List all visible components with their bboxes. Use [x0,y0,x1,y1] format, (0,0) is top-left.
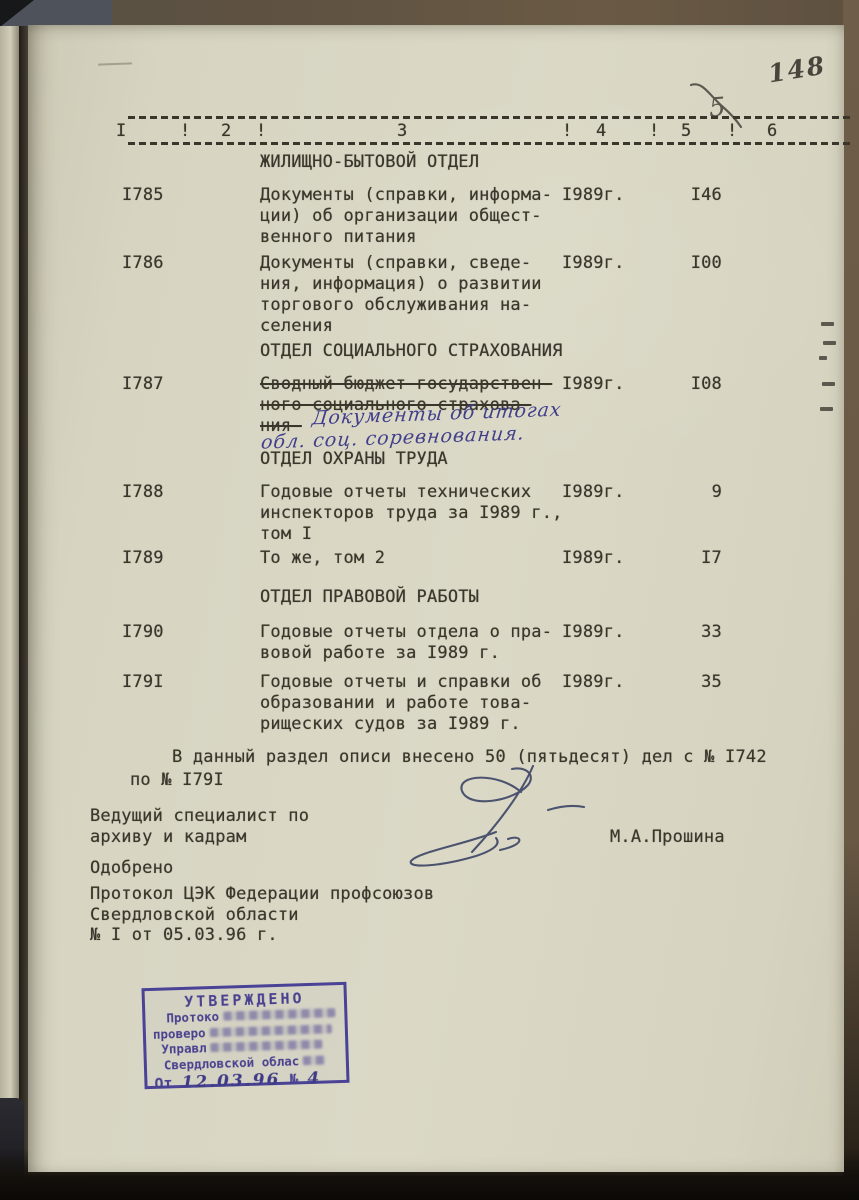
ruler-cell: ! [649,121,659,142]
entry-year: I989г. [562,185,625,206]
entry-sheet-count: I00 [618,253,722,274]
approval-reference: № I от 05.03.96 г. [90,925,278,946]
entry-year: I989г. [562,253,625,274]
scanned-archive-page: 148 5 I ! 2 ! 3 ! 4 ! 5 ! 6 ЖИЛИЩНО-БЫТО… [0,0,859,1200]
entry-year: I989г. [562,672,625,693]
book-cover-corner [0,0,34,27]
approval-stamp: УТВЕРЖДЕНО Протоко проверо Управл Свердл… [141,982,349,1089]
entry-year: I989г. [562,622,625,643]
entry-year: I989г. [562,374,625,395]
entry-number: I787 [122,374,164,395]
scanner-background-right [843,0,859,1200]
entry-number: I790 [122,622,164,643]
bleed-through-mark [819,356,827,360]
bleed-through-mark [821,322,834,326]
ruler-cell: ! [727,121,737,142]
bleed-through-mark [823,341,836,345]
entry-description: Годовые отчеты технических инспекторов т… [260,482,580,545]
ruler-cell: ! [562,121,572,142]
ruler-cell: 5 [681,121,691,142]
section-heading: ЖИЛИЩНО-БЫТОВОЙ ОТДЕЛ [260,152,479,173]
ruler-cell: ! [180,121,190,142]
section-heading: ОТДЕЛ ОХРАНЫ ТРУДА [260,449,448,470]
ruler-cell: 2 [221,121,231,142]
sheet-mark-flourish [683,73,763,133]
entry-description: Годовые отчеты и справки об образовании … [260,672,580,735]
section-heading: ОТДЕЛ СОЦИАЛЬНОГО СТРАХОВАНИЯ [260,341,563,362]
scanner-background-top [0,0,859,27]
entry-description: Документы (справки, информа- ции) об орг… [260,185,580,248]
entry-number: I788 [122,482,164,503]
entry-description: То же, том 2 [260,548,580,569]
handwritten-date: 12.03.96 [181,1070,280,1093]
entry-year: I989г. [562,548,625,569]
ruler-cell: ! [256,121,266,142]
specialist-role: Ведущий специалист по архиву и кадрам [90,806,309,848]
document-page: 148 5 I ! 2 ! 3 ! 4 ! 5 ! 6 ЖИЛИЩНО-БЫТО… [28,25,844,1172]
entry-sheet-count: I7 [618,548,722,569]
ruler-cell: 6 [767,121,777,142]
entry-sheet-count: I46 [618,185,722,206]
entry-number: I785 [122,185,164,206]
adjacent-page-sliver [0,26,19,1184]
specialist-name: М.А.Прошина [610,827,725,848]
entry-number: I79I [122,672,164,693]
entry-sheet-count: 9 [618,482,722,503]
pencil-scratch [98,62,132,65]
entry-year: I989г. [562,482,625,503]
bleed-through-mark [822,382,835,386]
page-number-handwritten: 148 [766,51,828,89]
handwritten-number: 4 [307,1069,321,1089]
entry-sheet-count: I08 [618,374,722,395]
entry-description: Документы (справки, сведе- ния, информац… [260,253,580,337]
entry-number: I789 [122,548,164,569]
total-summary-line2: по № I79I [130,770,224,791]
ruler-dashed-line [128,142,850,145]
ruler-cell: 3 [397,121,407,142]
entry-sheet-count: 35 [618,672,722,693]
entry-sheet-count: 33 [618,622,722,643]
entry-description: Годовые отчеты отдела о пра- вовой работ… [260,622,580,664]
entry-number: I786 [122,253,164,274]
bleed-through-mark [820,407,833,411]
binding-shadow [19,26,28,1178]
section-heading: ОТДЕЛ ПРАВОВОЙ РАБОТЫ [260,587,479,608]
approval-protocol: Протокол ЦЭК Федерации профсоюзов Свердл… [90,884,434,926]
ruler-cell: 4 [596,121,606,142]
ruler-dashed-line [128,116,850,119]
signature [400,758,600,868]
ruler-cell: I [116,121,126,142]
approval-label: Одобрено [90,858,173,879]
